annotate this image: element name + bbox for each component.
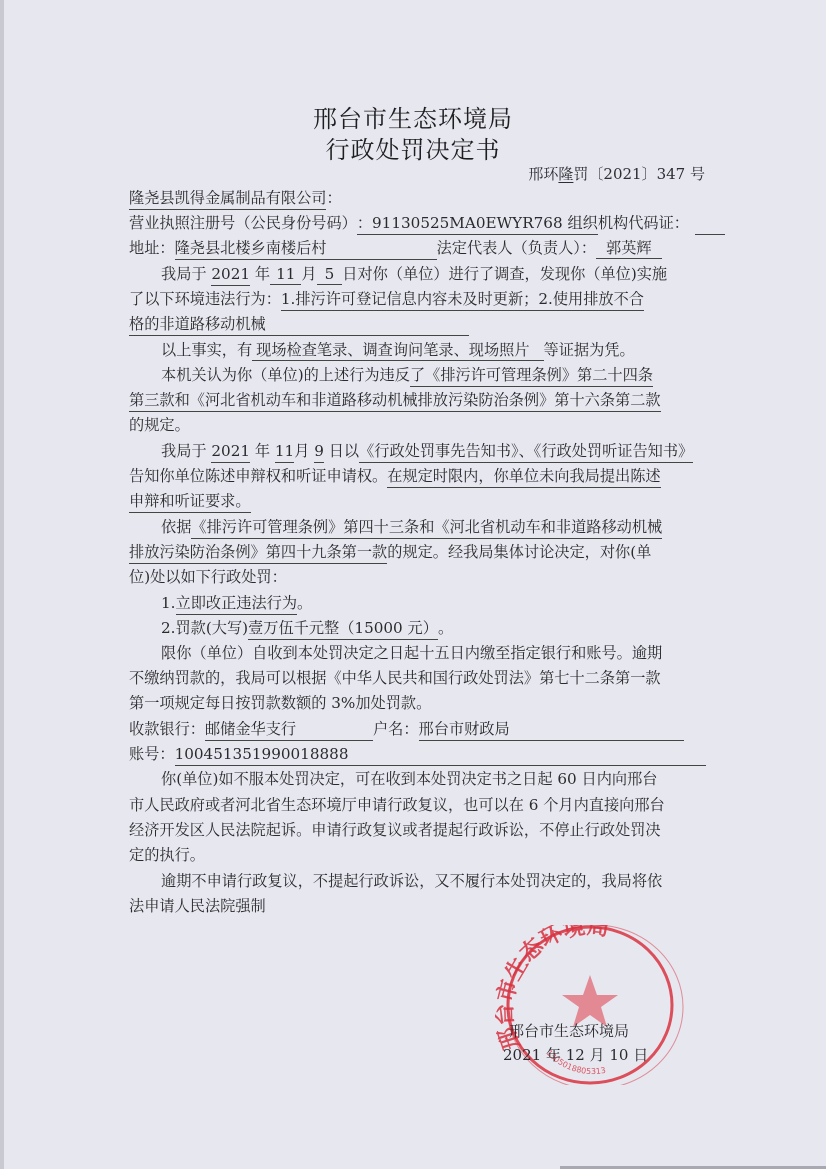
- document-number: 邢环隆罚〔2021〕347 号: [528, 163, 705, 184]
- appeal-line-2: 市人民政府或者河北省生态环境厅申请行政复议，也可以在 6 个月内直接向邢台: [129, 793, 665, 817]
- party-name: 隆尧县凯得金属制品有限公司: [129, 188, 326, 210]
- basis-line-1: 本机关认为你（单位)的上述行为违反了《排污许可管理条例》第二十四条: [129, 363, 653, 387]
- legal-representative: 郭英辉: [596, 238, 662, 259]
- license-line: 营业执照注册号（公民身份号码）：91130525MA0EWYR768 组织机构代…: [129, 211, 725, 235]
- payment-line-1: 限你（单位）自收到本处罚决定之日起十五日内缴至指定银行和账号。逾期: [129, 641, 662, 665]
- basis-line-2: 第三款和《河北省机动车和非道路移动机械排放污染防治条例》第十六条第二款: [129, 388, 661, 412]
- decision-line-2: 排放污染防治条例》第四十九条第一款的规定。经我局集体讨论决定，对你(单: [129, 540, 651, 564]
- enforcement-line-2: 法申请人民法院强制: [129, 894, 266, 918]
- org-code-blank: [695, 216, 725, 235]
- notice-line-1: 我局于 2021 年 11月 9 日以《行政处罚事先告知书》、《行政处罚听证告知…: [129, 439, 693, 463]
- document-page: 邢台市生态环境局 行政处罚决定书 邢环隆罚〔2021〕347 号 隆尧县凯得金属…: [0, 0, 826, 1169]
- address-value: 隆尧县北楼乡南楼后村: [175, 238, 437, 260]
- fine-amount: 壹万伍千元整（15000 元）: [248, 618, 438, 640]
- notice-line-3: 申辩和听证要求。: [129, 489, 251, 513]
- investigation-line-2: 了以下环境违法行为： 1.排污许可登记信息内容未及时更新；2.使用排放不合: [129, 287, 644, 311]
- violations: 1.排污许可登记信息内容未及时更新；2.使用排放不合: [281, 289, 644, 311]
- signature-date: 2021 年 12 月 10 日: [503, 1044, 648, 1065]
- decision-line-3: 位)处以如下行政处罚：: [129, 565, 287, 589]
- document-type-title: 行政处罚决定书: [0, 130, 826, 165]
- enforcement-line-1: 逾期不申请行政复议，不提起行政诉讼，又不履行本处罚决定的，我局将依: [129, 869, 662, 893]
- notice-line-2: 告知你单位陈述申辩权和听证申请权。在规定时限内，你单位未向我局提出陈述: [129, 464, 661, 488]
- investigation-line-3: 格的非道路移动机械: [129, 312, 469, 336]
- bank-name: 邮储金华支行: [205, 719, 373, 741]
- scan-edge: [0, 0, 4, 1169]
- penalty-item-1: 1.立即改正违法行为。: [129, 591, 312, 615]
- account-number-line: 账号：100451351990018888: [129, 742, 706, 766]
- payment-line-2: 不缴纳罚款的，我局可以根据《中华人民共和国行政处罚法》第七十二条第一款: [129, 666, 661, 690]
- license-number: ：91130525MA0EWYR768 组织: [357, 213, 598, 235]
- bank-line: 收款银行：邮储金华支行户名：邢台市财政局: [129, 717, 684, 741]
- account-number: 100451351990018888: [175, 744, 706, 766]
- penalty-item-2: 2.罚款(大写)壹万伍千元整（15000 元）。: [129, 616, 453, 640]
- basis-line-3: 的规定。: [129, 413, 190, 437]
- evidence-list: 现场检查笔录、调查询问笔录、现场照片: [252, 340, 543, 361]
- evidence-line: 以上事实，有现场检查笔录、调查询问笔录、现场照片等证据为凭。: [129, 338, 635, 362]
- decision-line-1: 依据《排污许可管理条例》第四十三条和《河北省机动车和非道路移动机械: [129, 515, 662, 539]
- appeal-line-3: 经济开发区人民法院起诉。申请行政复议或者提起行政诉讼，不停止行政处罚决: [129, 818, 661, 842]
- address-line: 地址：隆尧县北楼乡南楼后村法定代表人（负责人）：郭英辉: [129, 236, 662, 260]
- signature-org: 邢台市生态环境局: [509, 1020, 629, 1041]
- investigation-line-1: 我局于 2021 年11月5日对你（单位）进行了调查，发现你（单位)实施: [129, 262, 667, 286]
- payment-line-3: 第一项规定每日按罚款数额的 3%加处罚款。: [129, 691, 431, 715]
- issuer-title: 邢台市生态环境局: [0, 99, 826, 134]
- appeal-line-4: 定的执行。: [129, 843, 205, 867]
- appeal-line-1: 你(单位)如不服本处罚决定，可在收到本处罚决定书之日起 60 日内向邢台: [129, 767, 657, 791]
- party-name-line: 隆尧县凯得金属制品有限公司：: [129, 186, 342, 210]
- account-name: 邢台市财政局: [419, 719, 684, 741]
